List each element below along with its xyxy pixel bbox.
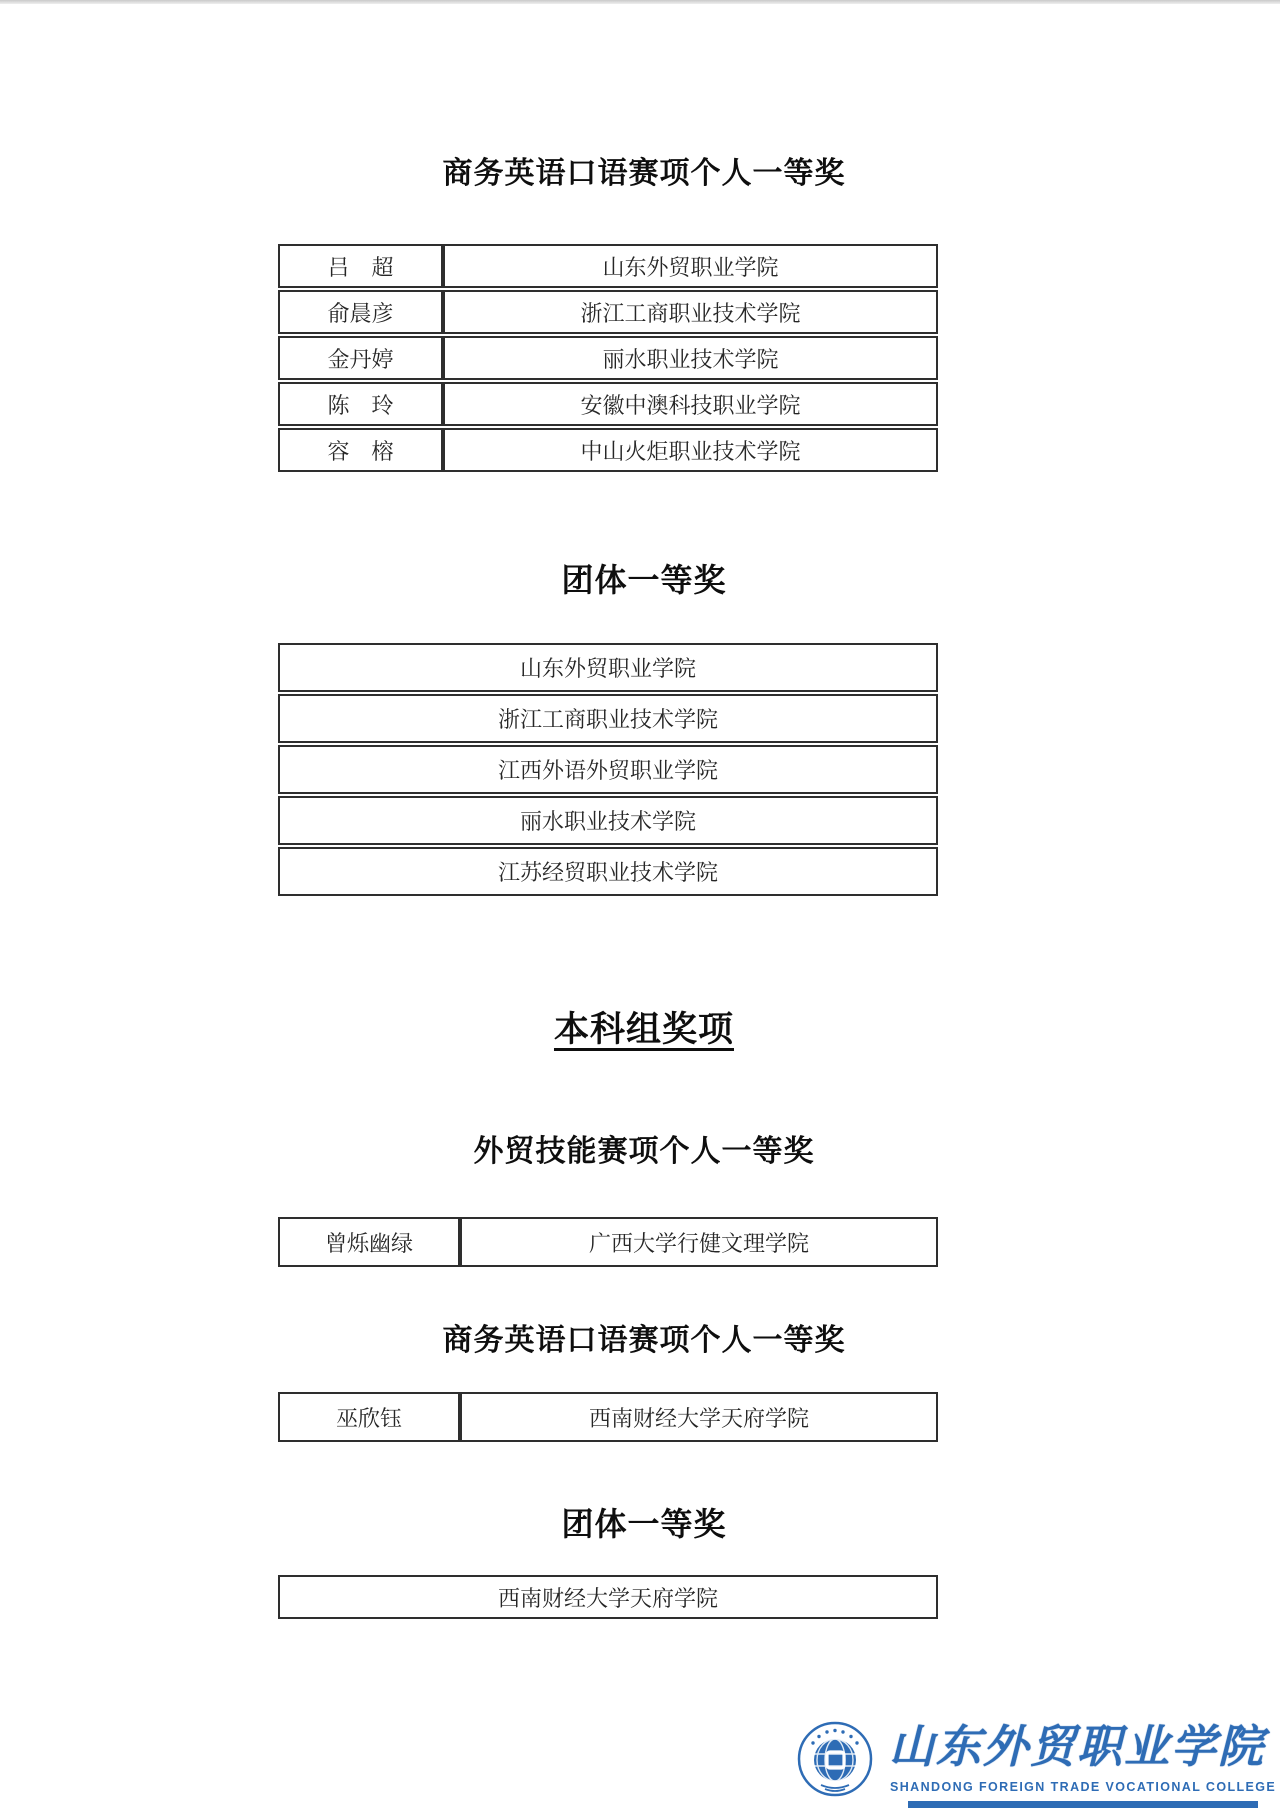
college-logo: 山东外贸职业学院 SHANDONG FOREIGN TRADE VOCATION… [797,1718,1267,1808]
award-title-undergrad-team: 团体一等奖 [314,1502,974,1546]
winner-name: 金丹婷 [278,336,443,380]
table-row: 山东外贸职业学院 [278,643,938,692]
table-row: 浙江工商职业技术学院 [278,694,938,743]
table-row: 巫欣钰 西南财经大学天府学院 [278,1392,938,1442]
award-title-vocational-oral-individual: 商务英语口语赛项个人一等奖 [314,153,974,195]
award-table-vocational-team: 山东外贸职业学院 浙江工商职业技术学院 江西外语外贸职业学院 丽水职业技术学院 … [278,641,938,898]
award-title-vocational-team: 团体一等奖 [314,558,974,602]
winner-name: 俞晨彦 [278,290,443,334]
document-page: 商务英语口语赛项个人一等奖 吕 超 山东外贸职业学院 俞晨彦 浙江工商职业技术学… [278,0,938,1621]
winner-school: 广西大学行健文理学院 [460,1217,938,1267]
table-row: 江西外语外贸职业学院 [278,745,938,794]
award-title-undergrad-oral-individual: 商务英语口语赛项个人一等奖 [314,1320,974,1362]
winner-name: 曾烁幽绿 [278,1217,460,1267]
winner-school: 西南财经大学天府学院 [278,1575,938,1619]
table-row: 吕 超 山东外贸职业学院 [278,244,938,288]
table-row: 丽水职业技术学院 [278,796,938,845]
winner-school: 中山火炬职业技术学院 [443,428,938,472]
group-heading-undergraduate: 本科组奖项 [314,1005,974,1055]
winner-school: 浙江工商职业技术学院 [278,694,938,743]
winner-name: 吕 超 [278,244,443,288]
winner-school: 丽水职业技术学院 [278,796,938,845]
college-emblem-icon [797,1721,873,1797]
award-title-undergrad-trade-individual: 外贸技能赛项个人一等奖 [314,1131,974,1173]
winner-school: 山东外贸职业学院 [278,643,938,692]
college-name-chinese: 山东外贸职业学院 [889,1718,1267,1776]
table-row: 容 榕 中山火炬职业技术学院 [278,428,938,472]
award-table-vocational-oral-individual: 吕 超 山东外贸职业学院 俞晨彦 浙江工商职业技术学院 金丹婷 丽水职业技术学院… [278,242,938,474]
table-row: 陈 玲 安徽中澳科技职业学院 [278,382,938,426]
table-row: 西南财经大学天府学院 [278,1575,938,1619]
award-table-undergrad-trade-individual: 曾烁幽绿 广西大学行健文理学院 [278,1215,938,1269]
winner-school: 安徽中澳科技职业学院 [443,382,938,426]
table-row: 金丹婷 丽水职业技术学院 [278,336,938,380]
winner-school: 西南财经大学天府学院 [460,1392,938,1442]
college-name-english: SHANDONG FOREIGN TRADE VOCATIONAL COLLEG… [890,1780,1270,1794]
winner-school: 丽水职业技术学院 [443,336,938,380]
winner-name: 陈 玲 [278,382,443,426]
winner-name: 容 榕 [278,428,443,472]
winner-school: 江西外语外贸职业学院 [278,745,938,794]
winner-name: 巫欣钰 [278,1392,460,1442]
logo-underline-bar [908,1801,1258,1808]
award-table-undergrad-team: 西南财经大学天府学院 [278,1573,938,1621]
table-row: 俞晨彦 浙江工商职业技术学院 [278,290,938,334]
table-row: 曾烁幽绿 广西大学行健文理学院 [278,1217,938,1267]
winner-school: 江苏经贸职业技术学院 [278,847,938,896]
winner-school: 浙江工商职业技术学院 [443,290,938,334]
award-table-undergrad-oral-individual: 巫欣钰 西南财经大学天府学院 [278,1390,938,1444]
table-row: 江苏经贸职业技术学院 [278,847,938,896]
winner-school: 山东外贸职业学院 [443,244,938,288]
